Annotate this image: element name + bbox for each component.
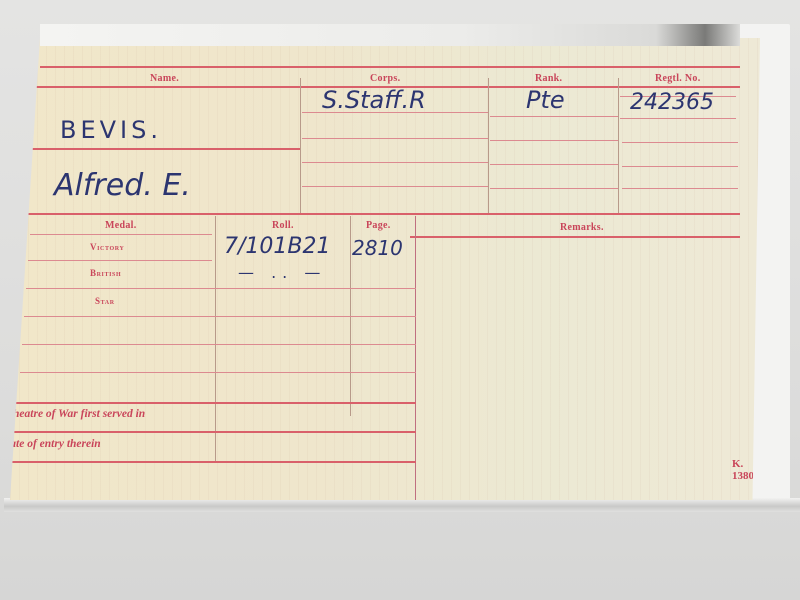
rule-line bbox=[490, 140, 618, 141]
card-top-edge bbox=[40, 24, 740, 46]
rule-line bbox=[28, 260, 212, 261]
column-divider bbox=[215, 216, 216, 461]
surname-entry: BEVIS. bbox=[60, 116, 162, 144]
corps-header: Corps. bbox=[370, 73, 400, 84]
rule-line bbox=[40, 66, 740, 68]
forenames-entry: Alfred. E. bbox=[54, 168, 191, 203]
rule-line bbox=[490, 116, 618, 117]
medal-row-star-label: Star bbox=[95, 296, 115, 306]
regtl-no-entry: 242365 bbox=[630, 90, 714, 115]
rule-line bbox=[622, 166, 738, 167]
rule-line bbox=[490, 188, 618, 189]
medal-index-card: Name. Corps. Rank. Regtl. No. BEVIS. Alf… bbox=[10, 38, 760, 500]
section-divider bbox=[22, 213, 740, 215]
rule-line bbox=[302, 162, 488, 163]
name-header: Name. bbox=[150, 73, 179, 84]
rule-line bbox=[26, 288, 416, 289]
date-of-entry-label: Date of entry therein bbox=[10, 438, 101, 450]
corps-entry: S.Staff.R bbox=[322, 86, 426, 114]
rule-line bbox=[10, 461, 416, 463]
rule-line bbox=[24, 316, 416, 317]
rule-line bbox=[10, 431, 416, 433]
rule-line bbox=[22, 344, 416, 345]
medal-row-victory-label: Victory bbox=[90, 242, 124, 252]
rule-line bbox=[10, 402, 416, 404]
medal-header: Medal. bbox=[105, 220, 137, 231]
rule-line bbox=[620, 118, 736, 119]
rule-line bbox=[30, 148, 300, 150]
sheet-edge bbox=[4, 498, 800, 512]
victory-roll-entry: 7/101B21 bbox=[224, 234, 331, 259]
medal-row-british-label: British bbox=[90, 268, 121, 278]
theatre-of-war-label: Theatre of War first served in bbox=[10, 408, 145, 420]
british-roll-ditto: — .. — bbox=[238, 263, 326, 282]
page-header: Page. bbox=[366, 220, 391, 231]
column-divider bbox=[488, 78, 489, 213]
rule-line bbox=[302, 138, 488, 139]
rule-line bbox=[302, 186, 488, 187]
remarks-header: Remarks. bbox=[560, 222, 604, 233]
rule-line bbox=[30, 234, 212, 235]
roll-header: Roll. bbox=[272, 220, 294, 231]
rule-line bbox=[20, 372, 416, 373]
rule-line bbox=[622, 142, 738, 143]
victory-page-entry: 2810 bbox=[352, 236, 403, 260]
column-divider bbox=[300, 78, 301, 213]
regtl-no-header: Regtl. No. bbox=[655, 73, 701, 84]
column-divider bbox=[415, 216, 416, 500]
column-divider bbox=[618, 78, 619, 213]
rank-entry: Pte bbox=[526, 86, 565, 114]
rank-header: Rank. bbox=[535, 73, 562, 84]
rule-line bbox=[410, 236, 740, 238]
rule-line bbox=[490, 164, 618, 165]
rule-line bbox=[622, 188, 738, 189]
